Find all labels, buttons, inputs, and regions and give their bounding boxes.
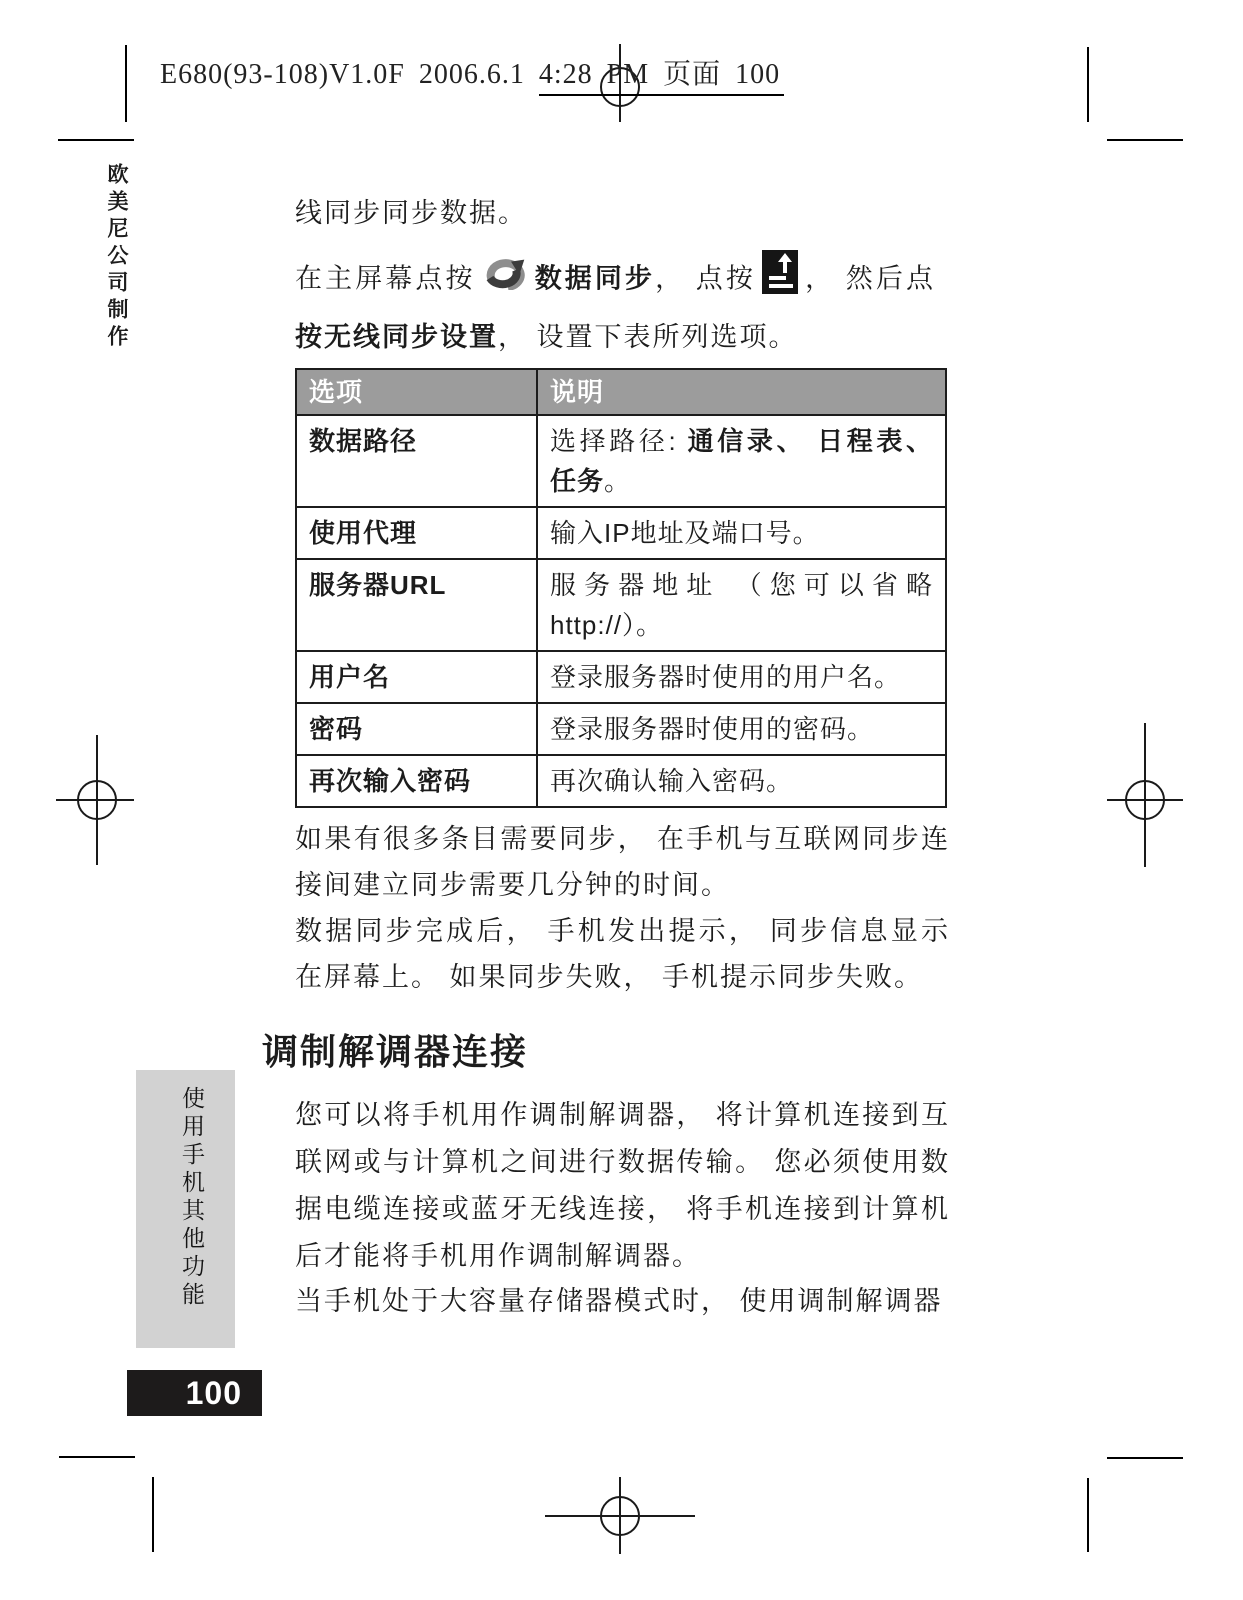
cropmark-top-left-h (58, 139, 134, 141)
table-row: 使用代理 输入IP地址及端口号。 (296, 507, 946, 559)
options-table: 选项 说明 数据路径 选择路径: 通信录、 日程表、 任务。 使用代理 输入IP… (295, 368, 947, 808)
p2-text-1: 在主屏幕点按 (295, 264, 476, 294)
paragraph-sync-data: 线同步同步数据。 (295, 190, 950, 236)
col-header-description: 说明 (537, 369, 946, 415)
table-row: 用户名 登录服务器时使用的用户名。 (296, 651, 946, 703)
paragraph-sync-instructions: 在主屏幕点按数据同步， 点按， 然后点按无线同步设置， 设置下表所列选项。 (295, 250, 935, 363)
data-sync-icon (762, 250, 798, 311)
chapter-tab-label: 使用手机其他功能 (176, 1086, 209, 1310)
cropmark-bottom-right-v (1087, 1478, 1089, 1552)
manual-page: E680(93-108)V1.0F 2006.6.1 4:28 PM 页面 10… (0, 0, 1243, 1600)
table-row: 密码 登录服务器时使用的密码。 (296, 703, 946, 755)
cropmark-bottom-left-v (152, 1477, 154, 1552)
bold-data-sync: 数据同步 (534, 264, 656, 294)
registration-mark-bottom-center (540, 1472, 700, 1558)
cell-description: 选择路径: 通信录、 日程表、 任务。 (537, 415, 946, 507)
cropmark-bottom-right-h (1107, 1457, 1183, 1459)
table-row: 服务器URL 服务器地址 （您可以省略 http://）。 (296, 559, 946, 651)
cropmark-bottom-left-h (59, 1456, 135, 1458)
chapter-tab: 使用手机其他功能 (136, 1070, 235, 1348)
cell-description: 服务器地址 （您可以省略 http://）。 (537, 559, 946, 651)
cropmark-top-right-v (1087, 47, 1089, 122)
print-header: E680(93-108)V1.0F 2006.6.1 4:28 PM 页面 10… (160, 52, 784, 92)
page-number-badge: 100 (127, 1370, 262, 1416)
table-header-row: 选项 说明 (296, 369, 946, 415)
col-header-option: 选项 (296, 369, 537, 415)
cell-option: 密码 (296, 703, 537, 755)
header-doc-code: E680(93-108)V1.0F 2006.6.1 (160, 59, 539, 90)
cropmark-top-left-v (125, 45, 127, 122)
paragraph-sync-result: 数据同步完成后， 手机发出提示， 同步信息显示在屏幕上。 如果同步失败， 手机提… (295, 908, 950, 1000)
paragraph-mass-storage-note: 当手机处于大容量存储器模式时， 使用调制解调器 (295, 1278, 975, 1324)
desc-suffix: 。 (604, 466, 631, 496)
cell-option: 使用代理 (296, 507, 537, 559)
registration-mark-right (1100, 718, 1190, 870)
publisher-vertical-text: 欧美尼公司制作 (101, 163, 131, 352)
cell-description: 登录服务器时使用的用户名。 (537, 651, 946, 703)
p2-text-4: ， 设置下表所列选项。 (498, 322, 798, 352)
cell-option: 用户名 (296, 651, 537, 703)
p2-text-3: ， 然后点 (804, 264, 935, 294)
table-row: 数据路径 选择路径: 通信录、 日程表、 任务。 (296, 415, 946, 507)
table-row: 再次输入密码 再次确认输入密码。 (296, 755, 946, 807)
section-heading-modem-connection: 调制解调器连接 (262, 1024, 528, 1075)
p2-text-2: ， 点按 (655, 264, 756, 294)
cell-description: 登录服务器时使用的密码。 (537, 703, 946, 755)
paragraph-sync-duration: 如果有很多条目需要同步， 在手机与互联网同步连接间建立同步需要几分钟的时间。 (295, 816, 950, 908)
bold-wireless-sync-settings: 按无线同步设置 (295, 322, 498, 352)
cell-option: 数据路径 (296, 415, 537, 507)
header-time-page: 4:28 PM 页面 100 (539, 59, 784, 96)
cell-option: 再次输入密码 (296, 755, 537, 807)
cell-option: 服务器URL (296, 559, 537, 651)
cell-description: 输入IP地址及端口号。 (537, 507, 946, 559)
cell-description: 再次确认输入密码。 (537, 755, 946, 807)
paragraph-modem-intro: 您可以将手机用作调制解调器， 将计算机连接到互联网或与计算机之间进行数据传输。 … (295, 1092, 950, 1280)
desc-prefix: 选择路径: (550, 426, 688, 456)
cropmark-top-right-h (1107, 139, 1183, 141)
registration-mark-left (50, 730, 140, 870)
sync-swirl-icon (482, 254, 528, 307)
